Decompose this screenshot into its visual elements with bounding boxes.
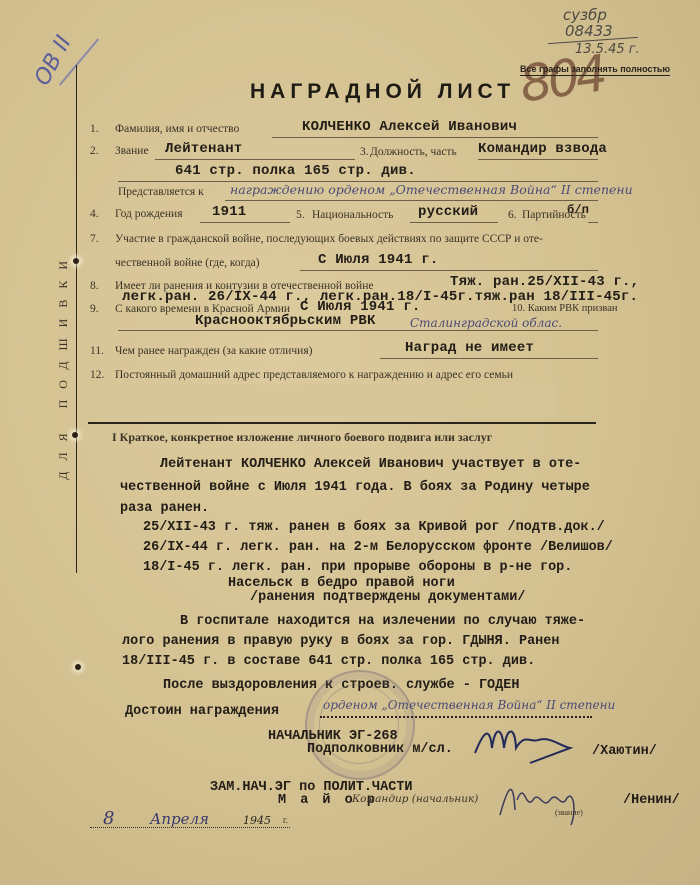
field-num: 8. xyxy=(90,280,99,292)
narrative-line: В госпитале находится на излечении по сл… xyxy=(180,612,585,632)
narrative-line: раза ранен. xyxy=(120,499,209,519)
field-value-position: Командир взвода xyxy=(478,141,607,157)
field-num: 4. xyxy=(90,208,99,220)
official-stamp xyxy=(305,670,415,780)
field-num: 5. xyxy=(296,209,305,221)
field-label-previous-awards: Чем ранее награжден (за какие отличия) xyxy=(115,345,312,357)
field-num: 7. xyxy=(90,233,99,245)
field-label-name: Фамилия, имя и отчество xyxy=(115,123,239,135)
field-num: 12. xyxy=(90,369,104,381)
corner-mark: ОВ II xyxy=(30,32,77,90)
archive-number: 08433 xyxy=(565,22,613,40)
chief-signature-icon xyxy=(470,718,580,768)
wound-line: 25/XII-43 г. тяж. ранен в боях за Кривой… xyxy=(143,518,605,538)
underline xyxy=(300,270,598,271)
page-title: НАГРАДНОЙ ЛИСТ xyxy=(250,80,515,104)
field-value-civil-war: С Июля 1941 г. xyxy=(318,252,438,268)
narrative-line: 18/III-45 г. в составе 641 стр. полка 16… xyxy=(122,652,535,672)
field-value-wounds: Тяж. ран.25/XII-43 г., xyxy=(450,274,639,290)
wound-line: /ранения подтверждены документами/ xyxy=(250,588,525,608)
underline xyxy=(380,358,598,359)
underline xyxy=(155,159,355,160)
redacted-address xyxy=(118,384,558,416)
field-num: 11. xyxy=(90,345,104,357)
section-separator xyxy=(88,422,596,424)
field-label-birth-year: Год рождения xyxy=(115,208,183,220)
field-label-position: Должность, часть xyxy=(370,146,457,158)
underline xyxy=(410,222,498,223)
date-year: 1945 xyxy=(243,814,271,827)
field-num: 1. xyxy=(90,123,99,135)
deputy-signature-icon xyxy=(495,770,590,830)
narrative-line: чественной войне с Июля 1941 года. В боя… xyxy=(120,478,590,498)
field-num: 6. xyxy=(508,209,517,221)
margin-label: ДЛЯ ПОДШИВКИ xyxy=(56,250,71,480)
field-value-birth-year: 1911 xyxy=(212,204,246,220)
field-label-rvk-wrap: 10. Каким РВК призван xyxy=(512,303,617,314)
field-value-previous-awards: Наград не имеет xyxy=(405,340,534,356)
field-value-rvk-region: Сталинградской облас. xyxy=(410,316,562,330)
underline xyxy=(588,222,598,223)
field-value-rank: Лейтенант xyxy=(165,141,242,157)
field-label-rvk: Каким РВК призван xyxy=(528,303,618,314)
archive-big-number: 804 xyxy=(516,44,607,113)
field-num: 9. xyxy=(90,303,99,315)
underline xyxy=(478,159,598,160)
binding-hole xyxy=(72,432,78,438)
field-label-address: Постоянный домашний адрес представляемог… xyxy=(115,369,513,381)
field-label-civil-war-2: чественной войне (где, когда) xyxy=(115,257,260,269)
worthy-label: Достоин награждения xyxy=(125,702,279,722)
underline xyxy=(200,222,290,223)
margin-rule xyxy=(76,65,77,573)
date-month: Апреля xyxy=(150,810,209,828)
award-sheet-page: ОВ II сузбр 08433 13.5.45 г. 804 Все гра… xyxy=(0,0,700,885)
section-heading: I Краткое, конкретное изложение личного … xyxy=(112,430,492,445)
deputy-name: /Ненин/ xyxy=(623,791,680,811)
field-label-rank: Звание xyxy=(115,145,149,157)
field-value-unit: 641 стр. полка 165 стр. див. xyxy=(175,163,416,179)
field-num: 2. xyxy=(90,145,99,157)
field-value-nationality: русский xyxy=(418,204,478,220)
field-label-presented: Представляется к xyxy=(118,186,204,198)
chief-name: /Хаютин/ xyxy=(592,742,657,762)
narrative-line: лого ранения в правую руку в боях за гор… xyxy=(122,632,559,652)
underline xyxy=(272,137,598,138)
field-label-civil-war: Участие в гражданской войне, последующих… xyxy=(115,233,543,245)
field-value-presented: награждению орденом „Отечественная Война… xyxy=(230,182,633,197)
binding-hole xyxy=(75,664,81,670)
date-day: 8 xyxy=(103,808,114,829)
field-value-name: КОЛЧЕНКО Алексей Иванович xyxy=(302,119,517,135)
deputy-caption: Командир (начальник) xyxy=(352,793,478,805)
worthy-value: орденом „Отечественная Война“ II степени xyxy=(323,698,615,712)
field-num: 10. xyxy=(512,303,525,314)
date-suffix: г. xyxy=(283,815,288,825)
fill-instruction: Все графы заполнять полностью xyxy=(520,64,670,76)
field-value-party: б/п xyxy=(567,203,589,217)
field-label-nationality: Национальность xyxy=(312,209,393,221)
binding-hole xyxy=(73,258,79,264)
chief-rank: Подполковник м/сл. xyxy=(307,740,453,760)
wound-line: 26/IX-44 г. легк. ран. на 2-м Белорусско… xyxy=(143,538,613,558)
narrative-line: Лейтенант КОЛЧЕНКО Алексей Иванович учас… xyxy=(160,455,581,475)
underline xyxy=(118,330,598,331)
field-value-rvk: Краснооктябрьским РВК xyxy=(195,313,376,329)
underline xyxy=(225,200,598,201)
rank-caption: (звание) xyxy=(555,808,583,817)
